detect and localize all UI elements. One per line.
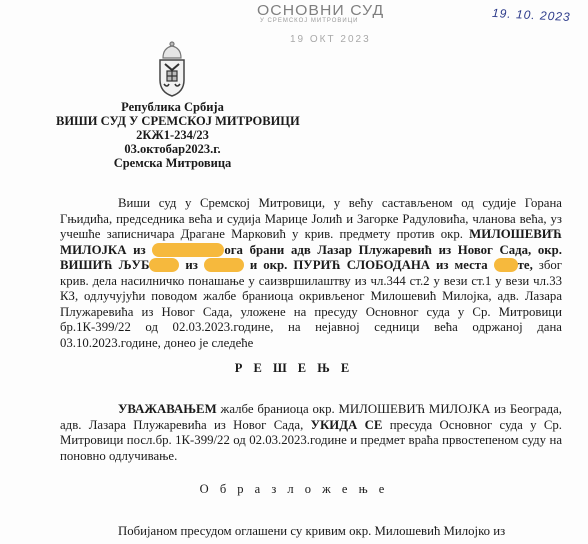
- redaction-mark: [152, 243, 224, 257]
- case-number: 2КЖ1-234/23: [60, 128, 285, 142]
- redaction-mark: [149, 258, 179, 272]
- court-city: Сремска Митровица: [60, 156, 285, 170]
- intro-paragraph: Виши суд у Сремској Митровици, у већу са…: [60, 196, 562, 351]
- decision-paragraph: УВАЖАВАЊЕМ жалбе браниоца окр. МИЛОШЕВИЋ…: [60, 402, 562, 464]
- court-name: ВИШИ СУД У СРЕМСКОЈ МИТРОВИЦИ: [56, 114, 285, 128]
- reasoning-paragraph: Побијаном пресудом оглашени су кривим ок…: [60, 524, 562, 540]
- reasoning-title: О б р а з л о ж е њ е: [0, 482, 588, 497]
- stamp-date: 19 ОКТ 2023: [290, 34, 381, 45]
- redaction-mark: [494, 258, 518, 272]
- handwritten-date: 19. 10. 2023: [492, 6, 571, 24]
- country-name: Република Србија: [60, 100, 285, 114]
- court-received-stamp: ОСНОВНИ СУД У СРЕМСКОЈ МИТРОВИЦИ 19 ОКТ …: [260, 2, 381, 45]
- redaction-mark: [204, 258, 244, 272]
- document-date: 03.октобар2023.г.: [60, 142, 285, 156]
- document-page: ОСНОВНИ СУД У СРЕМСКОЈ МИТРОВИЦИ 19 ОКТ …: [0, 0, 588, 544]
- document-header: Република Србија ВИШИ СУД У СРЕМСКОЈ МИТ…: [60, 100, 285, 170]
- stamp-title: ОСНОВНИ СУД: [257, 2, 384, 19]
- decision-title: Р Е Ш Е Њ Е: [0, 361, 588, 376]
- coat-of-arms-icon: [155, 40, 189, 100]
